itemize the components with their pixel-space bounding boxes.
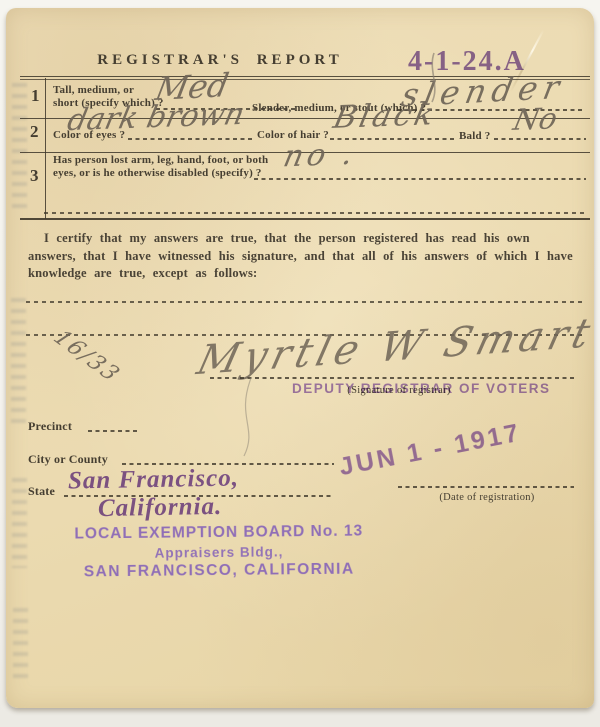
location-stamp-line2: California.	[98, 493, 223, 523]
date-line	[398, 486, 574, 488]
registrar-report-card: REGISTRAR'S REPORT 4-1-24.A 1 Tall, medi…	[6, 8, 594, 708]
date-stamp: JUN 1 - 1917	[337, 419, 524, 483]
row2-number: 2	[30, 122, 39, 142]
certification-line1: I certify that my answers are true, that…	[28, 230, 580, 248]
certification-line3: knowledge are true, except as follows:	[28, 265, 580, 283]
certification-line2: answers, that I have witnessed his signa…	[28, 248, 580, 266]
row2-bald-handwriting: No	[510, 101, 560, 137]
row2-hair-handwriting: Black	[330, 96, 440, 136]
location-stamp-line1: San Francisco,	[68, 465, 239, 496]
row2-label3: Bald ?	[459, 130, 490, 143]
number-column-rule	[45, 78, 46, 219]
date-caption: (Date of registration)	[402, 492, 572, 503]
bleedthrough-marks	[13, 608, 28, 678]
exemption-board-stamp: LOCAL EXEMPTION BOARD No. 13 Appraisers …	[68, 522, 371, 581]
row3-answer-line	[254, 178, 586, 180]
row2-bald-line	[494, 138, 586, 140]
state-label: State	[28, 485, 55, 498]
row3-dashed-line	[44, 212, 588, 214]
row1-label-line1: Tall, medium, or	[53, 84, 164, 97]
row3-answer-handwriting: no .	[280, 137, 360, 175]
exemption-board-line3: SAN FRANCISCO, CALIFORNIA	[68, 560, 370, 581]
city-county-label: City or County	[28, 453, 108, 466]
signature-line	[210, 377, 576, 379]
row3-label-line1: Has person lost arm, leg, hand, foot, or…	[53, 154, 268, 167]
bleedthrough-marks	[12, 83, 27, 213]
row2-eyes-handwriting: dark brown	[64, 97, 247, 138]
deputy-registrar-stamp: DEPUTY REGISTRAR OF VOTERS	[292, 381, 551, 396]
bleedthrough-marks	[12, 478, 27, 568]
row3-label-line2: eyes, or is he otherwise disabled (speci…	[53, 167, 268, 180]
row2-eyes-line	[128, 138, 254, 140]
row1-number: 1	[31, 86, 40, 106]
precinct-label: Precinct	[28, 420, 72, 433]
table-bottom-rule	[20, 218, 590, 220]
exemption-board-line2: Appraisers Bldg.,	[68, 543, 370, 561]
exceptions-line-1	[26, 301, 586, 303]
bleedthrough-marks	[11, 298, 26, 428]
registrar-signature: Myrtle W Smart	[193, 310, 600, 385]
row3-number: 3	[30, 166, 39, 186]
precinct-line	[88, 430, 138, 432]
exemption-board-line1: LOCAL EXEMPTION BOARD No. 13	[68, 522, 370, 543]
